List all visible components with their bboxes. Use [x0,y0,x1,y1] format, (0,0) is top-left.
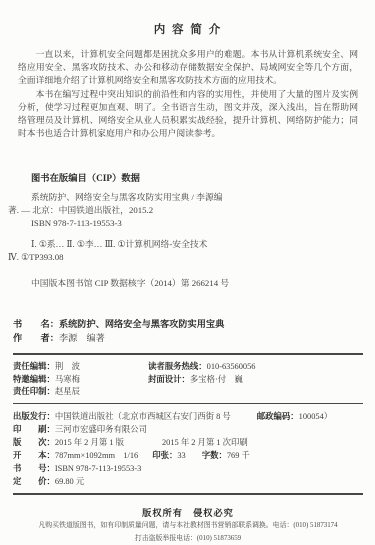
intro-paragraph-1: 一直以来，计算机安全问题都是困扰众多用户的难题。本书从计算机系统安全、网络应用安… [18,48,358,88]
copyright-notice-section: 版权所有 侵权必究 凡购买铁道版图书，如有印制质量问题，请与本社教材图书营销部联… [13,505,363,545]
staff-row-hotline: 读者服务热线：010-63560056 [148,361,255,374]
pub-row-price: 定 价：69.80 元 [13,475,363,488]
intro-paragraph-2: 本书在编写过程中突出知识的前沿性和内容的实用性，并使用了大量的图片及实例分析，使… [18,88,358,141]
book-author-row: 作 者：李源 编著 [13,331,363,345]
intro-title: 内 容 简 介 [13,21,363,37]
hotline-value: 010-63560056 [207,362,256,371]
staff-left-column: 责任编辑：荆 波 特邀编辑：马寒梅 责任印制：赵星辰 [13,361,148,399]
staff-right-column: 读者服务热线：010-63560056 封面设计：多宝格·付 巍 [148,361,255,399]
printer-value: 三河市宏盛印务有限公司 [55,425,147,434]
print-supervisor-label: 责任印制： [13,387,55,396]
piracy-report-line: 打击盗版举报电话：(010) 51873659 [13,532,363,545]
intro-section: 内 容 简 介 一直以来，计算机安全问题都是困扰众多用户的难题。本书从计算机系统… [13,21,363,140]
pub-row-isbn: 书 号：ISBN 978-7-113-19553-3 [13,462,363,475]
wordcount-value: 769 千 [227,451,250,460]
divider-middle [13,403,363,405]
invited-editor-value: 马寒梅 [55,375,80,384]
editor-value: 荆 波 [55,362,80,371]
staff-row-print-supervisor: 责任印制：赵星辰 [13,386,148,399]
price-value: 69.80 元 [55,477,84,486]
quality-contact-line: 凡购买铁道版图书，如有印制质量问题，请与本社教材图书营销部联系调换。电话：(01… [13,519,363,532]
book-title-row: 书 名：系统防护、网络安全与黑客攻防实用宝典 [13,317,363,331]
cip-publisher-line: 著. — 北京：中国铁道出版社，2015.2 [8,204,363,217]
print-supervisor-value: 赵星辰 [55,387,80,396]
wordcount-label: 字数： [202,451,227,460]
cover-design-label: 封面设计： [148,375,190,384]
pub-row-publisher: 出版发行：中国铁道出版社（北京市西城区右安门西街 8 号邮政编码：100054） [13,410,363,423]
publisher-value: 中国铁道出版社（北京市西城区右安门西街 8 号 [55,412,231,421]
cip-heading: 图书在版编目（CIP）数据 [31,170,363,184]
book-title-value: 系统防护、网络安全与黑客攻防实用宝典 [59,319,224,329]
pub-row-edition: 版 次：2015 年 2 月第 1 版2015 年 2 月第 1 次印刷 [13,436,363,449]
cover-design-value: 多宝格·付 巍 [190,375,243,384]
printing-run-value: 2015 年 2 月第 1 次印刷 [162,438,248,447]
edition-value: 2015 年 2 月第 1 版 [55,438,124,447]
pub-row-format: 开 本：787mm×1092mm 1/16印张：33字数：769 千 [13,449,363,462]
copyright-page: 内 容 简 介 一直以来，计算机安全问题都是困扰众多用户的难题。本书从计算机系统… [0,0,375,545]
staff-row-editor: 责任编辑：荆 波 [13,361,148,374]
cip-title-line: 系统防护、网络安全与黑客攻防实用宝典 / 李源编 [31,191,363,204]
postcode-value: 100054） [299,412,333,421]
hotline-label: 读者服务热线： [148,362,207,371]
divider-bottom [13,493,363,495]
invited-editor-label: 特邀编辑： [13,375,55,384]
cip-class-line-2: Ⅳ. ①TP393.08 [8,251,363,264]
format-label: 开 本： [13,451,55,460]
book-title-label: 书 名： [13,319,59,329]
format-value: 787mm×1092mm 1/16 [55,451,138,460]
publisher-label: 出版发行： [13,412,55,421]
book-author-value: 李源 编著 [59,333,105,343]
pub-row-printer: 印 刷：三河市宏盛印务有限公司 [13,423,363,436]
cip-class-line-1: Ⅰ. ①系… Ⅱ. ①李… Ⅲ. ①计算机网络-安全技术 [31,238,363,251]
staff-section: 责任编辑：荆 波 特邀编辑：马寒梅 责任印制：赵星辰 读者服务热线：010-63… [13,361,363,399]
divider-top [13,353,363,355]
staff-row-cover-design: 封面设计：多宝格·付 巍 [148,374,255,387]
printer-label: 印 刷： [13,425,55,434]
cip-record-line: 中国版本图书馆 CIP 数据核字（2014）第 266214 号 [31,277,363,290]
editor-label: 责任编辑： [13,362,55,371]
cip-isbn-line: ISBN 978-7-113-19553-3 [31,217,363,230]
isbn-label: 书 号： [13,464,55,473]
publishing-section: 出版发行：中国铁道出版社（北京市西城区右安门西街 8 号邮政编码：100054）… [13,410,363,488]
price-label: 定 价： [13,477,55,486]
isbn-value: ISBN 978-7-113-19553-3 [55,464,141,473]
copyright-notice: 版权所有 侵权必究 [13,505,363,519]
staff-row-invited-editor: 特邀编辑：马寒梅 [13,374,148,387]
book-author-label: 作 者： [13,333,59,343]
sheets-value: 33 [177,451,185,460]
sheets-label: 印张： [152,451,177,460]
cip-section: 图书在版编目（CIP）数据 系统防护、网络安全与黑客攻防实用宝典 / 李源编 著… [13,170,363,290]
edition-label: 版 次： [13,438,55,447]
postcode-label: 邮政编码： [257,412,299,421]
book-info-section: 书 名：系统防护、网络安全与黑客攻防实用宝典 作 者：李源 编著 [13,317,363,345]
